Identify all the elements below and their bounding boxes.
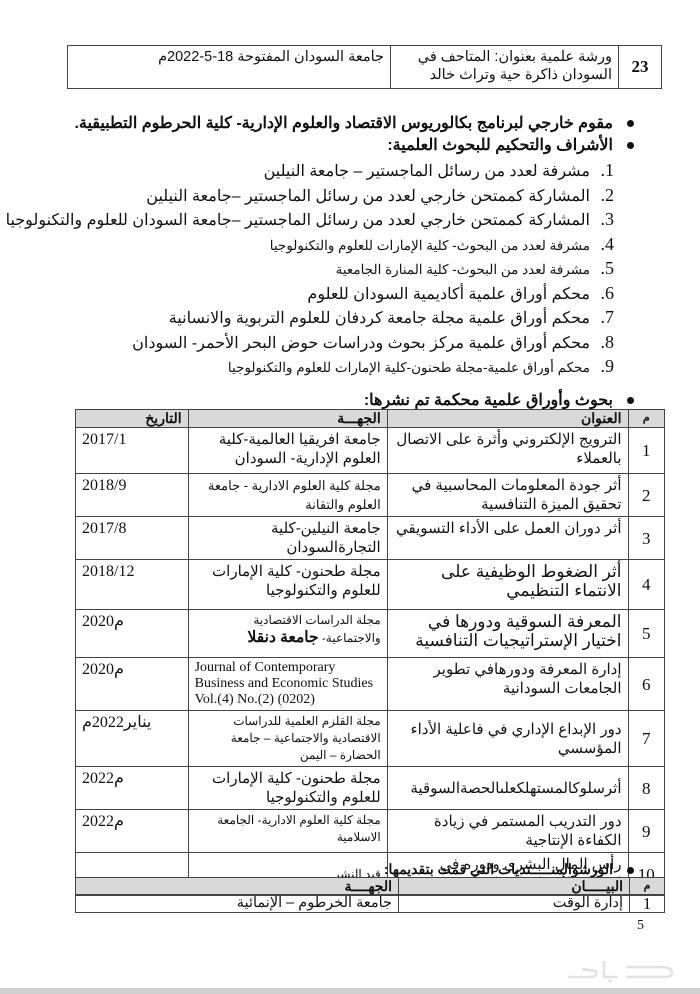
header-org: الجهـــة xyxy=(188,410,387,428)
row-number: 5 xyxy=(628,610,664,658)
document-page: 23 ورشة علمية بعنوان: المتاحف في السودان… xyxy=(0,0,700,994)
list-item: 4.مشرفة لعدد من البحوث- كلية الإمارات لل… xyxy=(6,232,614,257)
list-item: 8.محكم أوراق علمية مركز بحوث ودراسات حوض… xyxy=(6,330,614,355)
table-header-row: م العنوان الجهـــة التاريخ xyxy=(76,410,665,428)
table-row: 2 أثر جودة المعلومات المحاسبية في تحقيق … xyxy=(76,474,665,517)
row-date: 2017/1 xyxy=(76,428,189,474)
row-date: 2018/9 xyxy=(76,474,189,517)
table-row: 1 الترويج الإلكتروني وأثرة على الاتصال ب… xyxy=(76,428,665,474)
row-number: 2 xyxy=(628,474,664,517)
header-m: م xyxy=(630,878,665,895)
row-org: مجلة كلية العلوم الادارية - جامعة العلوم… xyxy=(188,474,387,517)
activities-table-continued: 23 ورشة علمية بعنوان: المتاحف في السودان… xyxy=(67,45,662,89)
row-date: 2020م xyxy=(76,610,189,658)
bottom-bar xyxy=(0,988,700,994)
table-header-row: م البيـــــان الجهــــة xyxy=(76,878,665,895)
row-number: 7 xyxy=(628,711,664,767)
table-row: 23 ورشة علمية بعنوان: المتاحف في السودان… xyxy=(68,46,662,89)
header-org: الجهــــة xyxy=(76,878,399,895)
row-date: 2017/8 xyxy=(76,517,189,560)
header-statement: البيـــــان xyxy=(399,878,630,895)
row-number: 3 xyxy=(628,517,664,560)
list-item: 3.المشاركة كممتحن خارجي لعدد من رسائل ال… xyxy=(6,207,614,232)
table-row: 7 دور الإبداع الإداري في فاعلية الأداء ا… xyxy=(76,711,665,767)
row-org: Journal of Contemporary Business and Eco… xyxy=(188,658,387,711)
row-number: 6 xyxy=(628,658,664,711)
page-number: 5 xyxy=(637,918,644,934)
bullet-icon xyxy=(627,120,634,127)
list-item: 2.المشاركة كممتحن خارجي لعدد من رسائل ال… xyxy=(6,183,614,208)
row-number: 4 xyxy=(628,560,664,610)
list-item: 7.محكم أوراق علمية مجلة جامعة كردفان للع… xyxy=(6,305,614,330)
row-title: أثر جودة المعلومات المحاسبية في تحقيق ال… xyxy=(387,474,628,517)
row-title: أثر الضغوط الوظيفية على الانتماء التنظيم… xyxy=(387,560,628,610)
row-title: دور الإبداع الإداري في فاعلية الأداء الم… xyxy=(387,711,628,767)
supervision-list: 1.مشرفة لعدد من رسائل الماجستير – جامعة … xyxy=(6,158,614,379)
row-title: ورشة علمية بعنوان: المتاحف في السودان ذا… xyxy=(391,46,619,89)
bullet-icon xyxy=(627,142,634,149)
row-date: يناير2022م xyxy=(76,711,189,767)
bullet-icon xyxy=(627,397,634,404)
row-org: جامعة افريقيا العالمية-كلية العلوم الإدا… xyxy=(188,428,387,474)
header-m: م xyxy=(628,410,664,428)
bullet-icon xyxy=(627,867,634,874)
row-number: 23 xyxy=(619,46,662,89)
table-row: 1 إدارة الوقت جامعة الخرطوم – الإنمائية xyxy=(76,895,665,913)
row-org: جامعة النيلين-كلية التجارةالسودان xyxy=(188,517,387,560)
row-title: المعرفة السوقية ودورها في اختيار الإسترا… xyxy=(387,610,628,658)
row-title: دور التدريب المستمر في زيادة الكفاءة الإ… xyxy=(387,810,628,853)
row-org: مجلة كلية العلوم الادارية- الجامعة الاسل… xyxy=(188,810,387,853)
row-number: 8 xyxy=(628,767,664,810)
bullet-external-evaluator: مقوم خارجي لبرنامج بكالوريوس الاقتصاد وا… xyxy=(74,113,634,135)
haraj-watermark-icon xyxy=(560,955,680,983)
row-title: الترويج الإلكتروني وأثرة على الاتصال بال… xyxy=(387,428,628,474)
list-item: 6.محكم أوراق علمية أكاديمية السودان للعل… xyxy=(6,281,614,306)
row-title: أثرسلوكالمستهلكعلىالحصةالسوقية xyxy=(387,767,628,810)
list-item: 9.محكم أوراق علمية-مجلة طحنون-كلية الإما… xyxy=(6,354,614,379)
header-date: التاريخ xyxy=(76,410,189,428)
table-row: 6 إدارة المعرفة ودورهافي تطوير الجامعات … xyxy=(76,658,665,711)
row-date: 2018/12 xyxy=(76,560,189,610)
row-date: 2020م xyxy=(76,658,189,711)
list-item: 1.مشرفة لعدد من رسائل الماجستير – جامعة … xyxy=(6,158,614,183)
table-row: 9 دور التدريب المستمر في زيادة الكفاءة ا… xyxy=(76,810,665,853)
row-org-date: جامعة السودان المفتوحة 18-5-2022م xyxy=(68,46,391,89)
row-org: جامعة الخرطوم – الإنمائية xyxy=(76,895,399,913)
table-row: 4 أثر الضغوط الوظيفية على الانتماء التنظ… xyxy=(76,560,665,610)
row-date: 2022م xyxy=(76,767,189,810)
row-org: مجلة طحنون- كلية الإمارات للعلوم والتكنو… xyxy=(188,767,387,810)
row-org: مجلة القلزم العلمية للدراسات الاقتصادية … xyxy=(188,711,387,767)
row-org: مجلة الدراسات الاقتصاديةوالاجتماعية- جام… xyxy=(188,610,387,658)
row-date: 2022م xyxy=(76,810,189,853)
table-row: 5 المعرفة السوقية ودورها في اختيار الإست… xyxy=(76,610,665,658)
row-title: أثر دوران العمل على الأداء التسويقي xyxy=(387,517,628,560)
row-statement: إدارة الوقت xyxy=(399,895,630,913)
table-row: 3 أثر دوران العمل على الأداء التسويقي جا… xyxy=(76,517,665,560)
bullet-supervision-heading: الأشراف والتحكيم للبحوث العلمية: xyxy=(387,135,634,157)
row-number: 9 xyxy=(628,810,664,853)
header-title: العنوان xyxy=(387,410,628,428)
workshops-table: م البيـــــان الجهــــة 1 إدارة الوقت جا… xyxy=(75,877,665,913)
row-number: 1 xyxy=(630,895,665,913)
row-org: مجلة طحنون- كلية الإمارات للعلوم والتكنو… xyxy=(188,560,387,610)
table-row: 8 أثرسلوكالمستهلكعلىالحصةالسوقية مجلة طح… xyxy=(76,767,665,810)
list-item: 5.مشرفة لعدد من البحوث- كلية المنارة الج… xyxy=(6,256,614,281)
row-number: 1 xyxy=(628,428,664,474)
publications-table: م العنوان الجهـــة التاريخ 1 الترويج الإ… xyxy=(75,409,665,896)
row-title: إدارة المعرفة ودورهافي تطوير الجامعات ال… xyxy=(387,658,628,711)
